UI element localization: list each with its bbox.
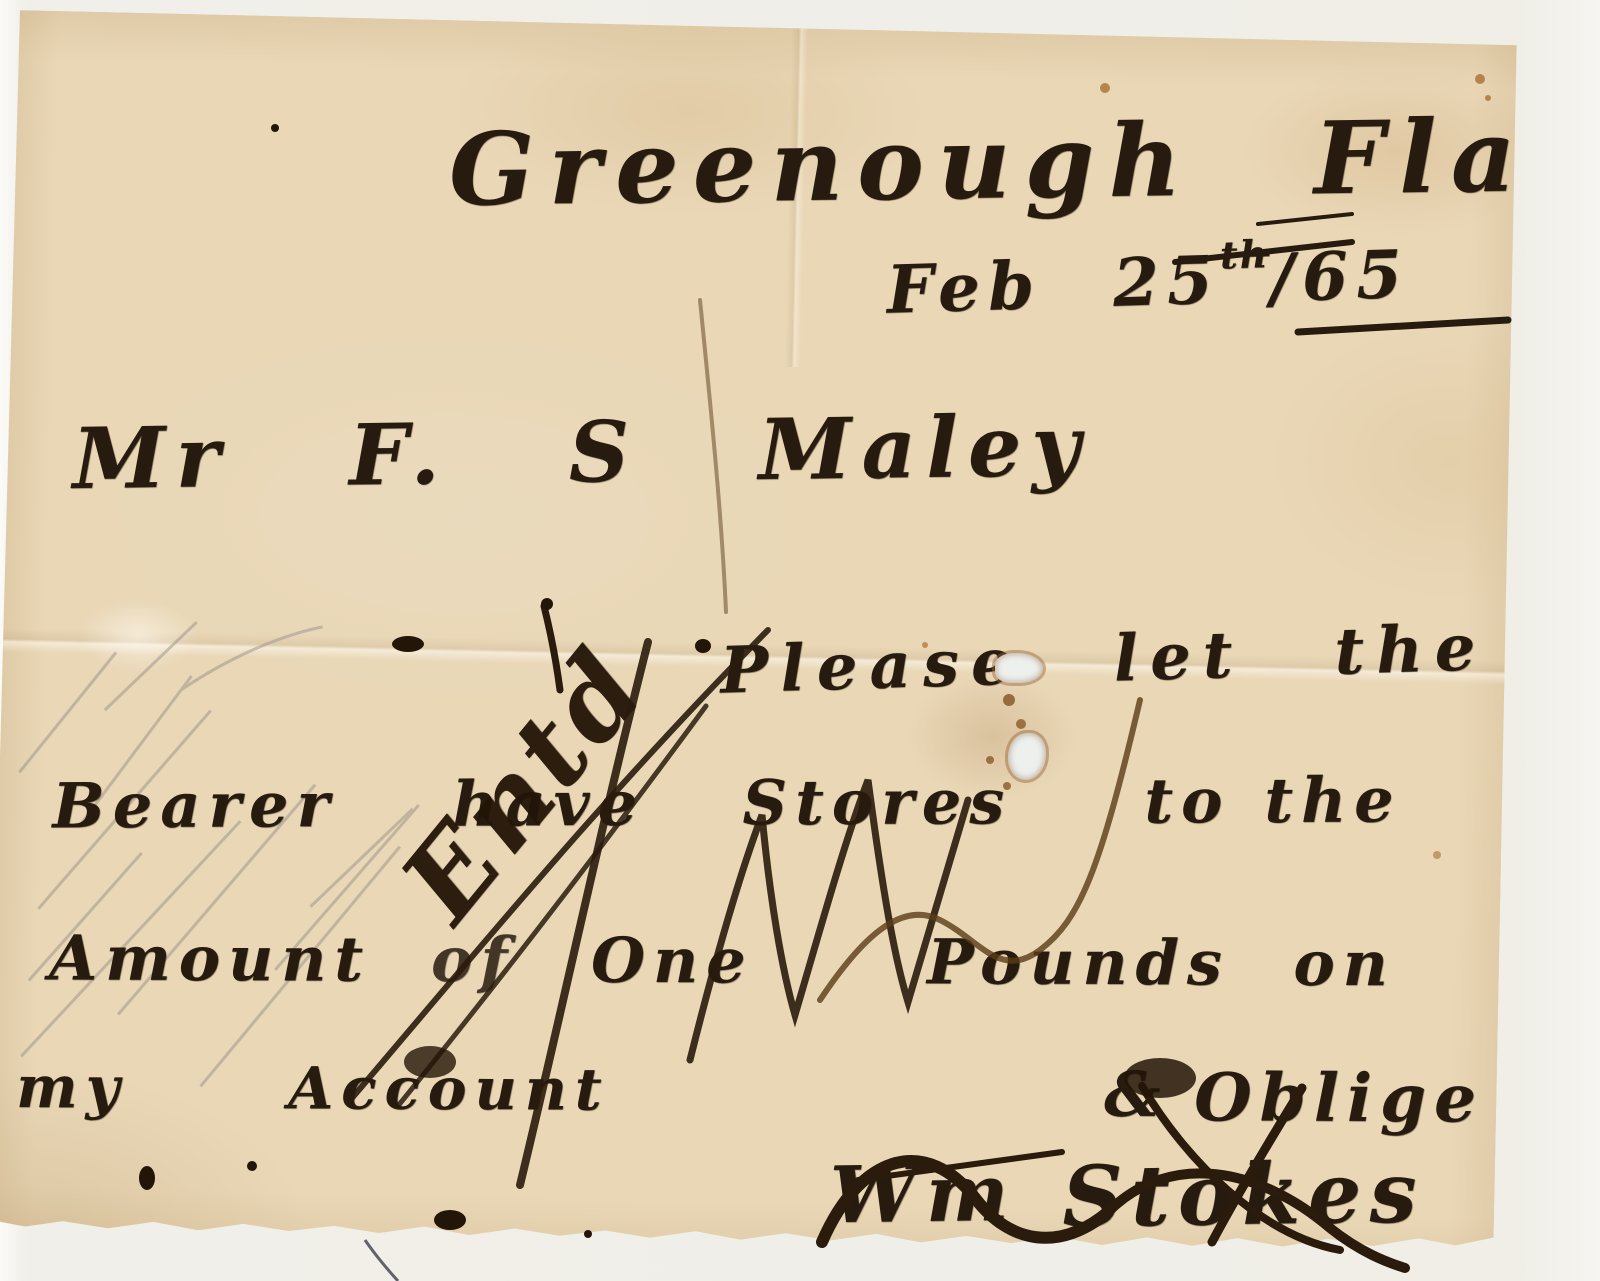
handwriting-layer: Greenough Flats Feb 25th/65 Mr F. S Male… [0, 10, 1520, 1280]
word-stores: Stores [742, 765, 1012, 839]
signature-first-name: Wm [830, 1148, 1017, 1241]
addressee-line: Mr F. S Maley [72, 396, 1091, 508]
body-request-line: Bearer have Stores to the [52, 763, 1452, 879]
word-one: One [591, 924, 754, 998]
word-oblige: Oblige [1194, 1058, 1484, 1137]
letter-paper-sheet: Greenough Flats Feb 25th/65 Mr F. S Male… [0, 10, 1520, 1280]
word-my: my [16, 1053, 127, 1121]
word-to: to [1144, 764, 1230, 837]
word-pounds-on: Pounds on [927, 925, 1396, 1000]
signature-surname: Stokes [1062, 1143, 1426, 1247]
word-ampersand: & [1104, 1058, 1168, 1131]
word-account: Account [288, 1054, 610, 1123]
date-ordinal: th [1219, 231, 1270, 277]
word-amount: Amount [49, 921, 371, 995]
paper-hole-upper [995, 653, 1043, 683]
word-bearer: Bearer [52, 768, 337, 842]
place-line: Greenough Flats [448, 95, 1600, 229]
body-amount-line: Amount of One Pounds on [49, 921, 1469, 1037]
date-year: /65 [1269, 235, 1411, 317]
date-line: Feb 25th/65 [885, 227, 1411, 329]
word-the: the [1264, 763, 1401, 837]
date-day: Feb 25 [885, 241, 1221, 329]
body-opening-line: Please let the [719, 610, 1488, 708]
